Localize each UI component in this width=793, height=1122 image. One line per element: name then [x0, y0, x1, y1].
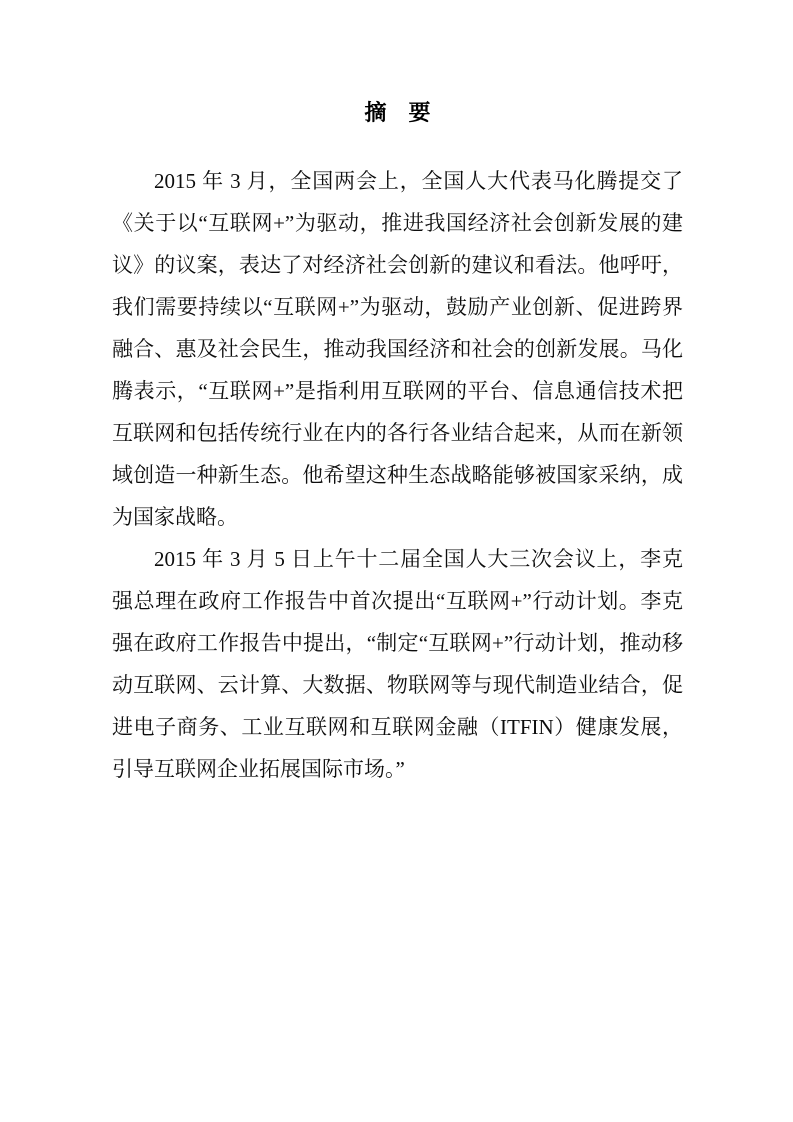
page-title: 摘 要 — [112, 97, 683, 129]
document-page: 摘 要 2015 年 3 月，全国两会上，全国人大代表马化腾提交了《关于以“互联… — [0, 0, 793, 1122]
abstract-paragraph-1: 2015 年 3 月，全国两会上，全国人大代表马化腾提交了《关于以“互联网+”为… — [112, 160, 683, 538]
abstract-paragraph-2: 2015 年 3 月 5 日上午十二届全国人大三次会议上，李克强总理在政府工作报… — [112, 538, 683, 790]
document-body: 2015 年 3 月，全国两会上，全国人大代表马化腾提交了《关于以“互联网+”为… — [112, 160, 683, 790]
